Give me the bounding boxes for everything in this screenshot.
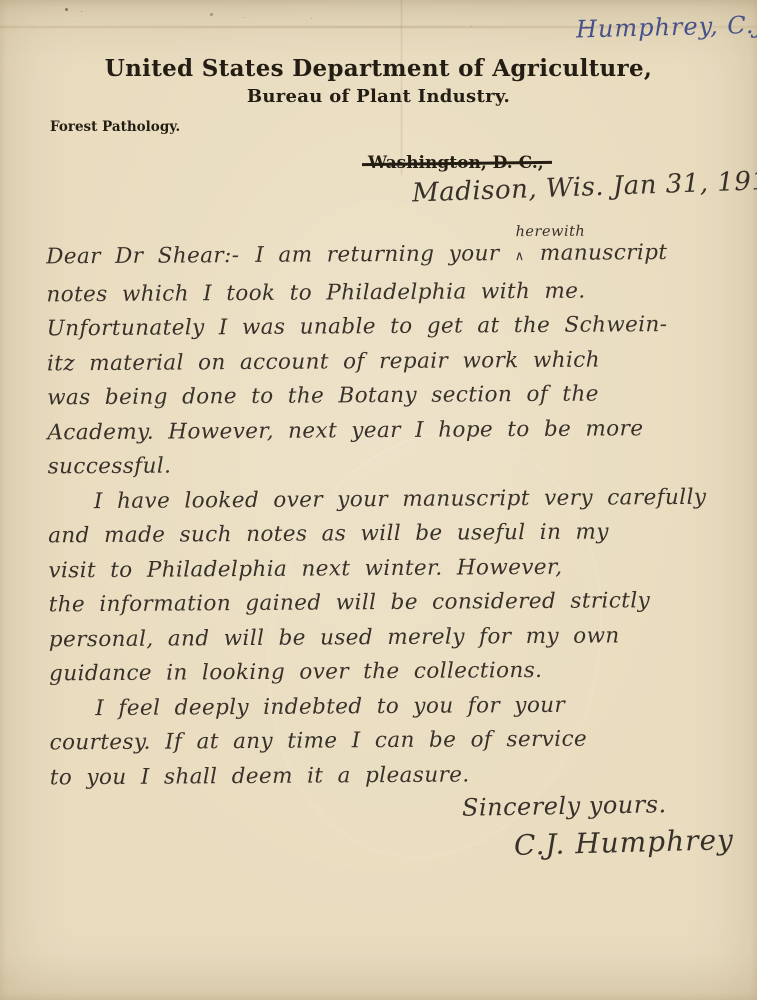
letter-line: Academy. However, next year I hope to be…	[47, 411, 732, 450]
letter-line: itz material on account of repair work w…	[47, 342, 732, 381]
letter-line: and made such notes as will be useful in…	[48, 515, 733, 554]
letter-line: was being done to the Botany section of …	[47, 377, 732, 416]
letter-body: Dear Dr Shear:- I am returning your ∧her…	[46, 228, 735, 796]
letter-line: personal, and will be used merely for my…	[49, 618, 734, 657]
letter-opening-row: Dear Dr Shear:- I am returning your ∧her…	[46, 228, 731, 278]
letter-line: I feel deeply indebted to you for your	[49, 687, 734, 726]
letter-line: Unfortunately I was unable to get at the…	[47, 308, 732, 347]
letter-line: guidance in looking over the collections…	[49, 653, 734, 692]
letter-body-lines: notes which I took to Philadelphia with …	[46, 273, 735, 795]
opening-sentence: I am returning your ∧herewith manuscript	[255, 236, 731, 277]
letter-line: courtesy. If at any time I can be of ser…	[49, 722, 734, 761]
insertion-anchor: ∧herewith	[514, 241, 526, 266]
closing-valediction: Sincerely yours.	[462, 790, 667, 822]
salutation: Dear Dr Shear:-	[46, 239, 239, 275]
opening-pre: I am returning your	[255, 241, 499, 268]
scanned-letter-page: Humphrey, C.J. United States Department …	[0, 0, 757, 1000]
archival-name-annotation: Humphrey, C.J.	[576, 10, 757, 43]
inserted-word: herewith	[515, 214, 585, 249]
letterhead-place-struck: Washington, D. C.,	[368, 153, 544, 173]
letterhead-department: United States Department of Agriculture,	[0, 55, 757, 82]
letter-line: successful.	[48, 446, 733, 485]
ink-specks	[65, 8, 68, 11]
letterhead-division: Forest Pathology.	[50, 119, 180, 135]
letter-line: visit to Philadelphia next winter. Howev…	[48, 549, 733, 588]
letterhead-bureau: Bureau of Plant Industry.	[0, 86, 757, 107]
letter-line: I have looked over your manuscript very …	[48, 480, 733, 519]
signature: C.J. Humphrey	[514, 823, 735, 862]
caret-insertion-mark: ∧	[515, 249, 525, 264]
letter-line: to you I shall deem it a pleasure.	[50, 756, 735, 795]
letter-line: the information gained will be considere…	[49, 584, 734, 623]
letter-line: notes which I took to Philadelphia with …	[46, 273, 731, 312]
